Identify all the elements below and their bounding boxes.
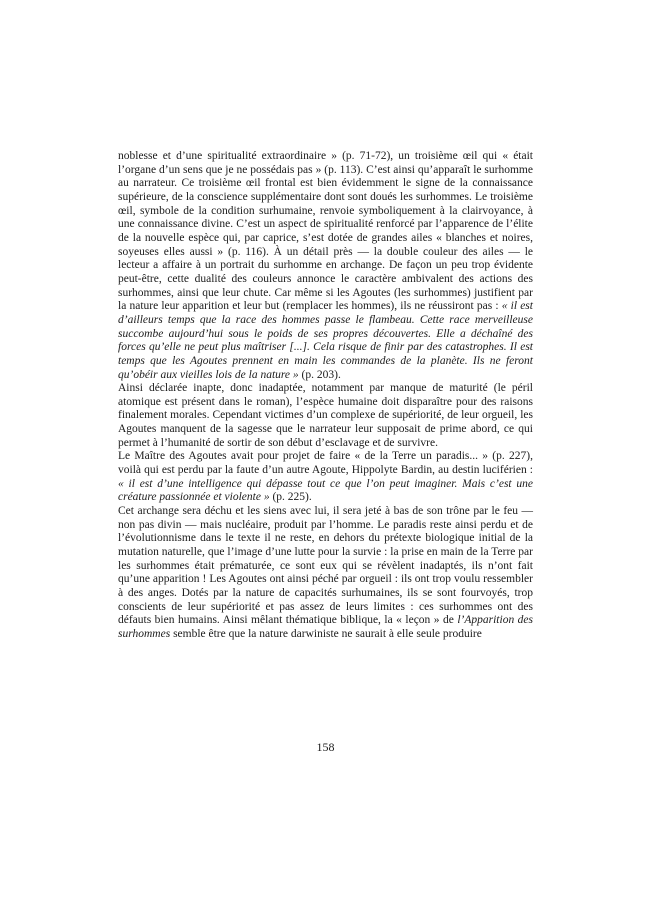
paragraph: Ainsi déclarée inapte, donc inadaptée, n…	[118, 382, 533, 450]
paragraph: Le Maître des Agoutes avait pour projet …	[118, 450, 533, 505]
body-text: (p. 203).	[302, 369, 341, 381]
body-text: noblesse et d’une spiritualité extraordi…	[118, 150, 533, 312]
quote-italic-text: « il est d’une intelligence qui dépasse …	[118, 478, 533, 504]
body-text: semble être que la nature darwiniste ne …	[170, 628, 482, 640]
body-text: Ainsi déclarée inapte, donc inadaptée, n…	[118, 382, 533, 449]
body-text: Le Maître des Agoutes avait pour projet …	[118, 450, 533, 476]
body-text: (p. 225).	[272, 491, 311, 503]
document-page: noblesse et d’une spiritualité extraordi…	[0, 0, 650, 920]
paragraph: noblesse et d’une spiritualité extraordi…	[118, 150, 533, 382]
page-number: 158	[118, 740, 533, 755]
page-text: noblesse et d’une spiritualité extraordi…	[118, 150, 533, 642]
body-text: Cet archange sera déchu et les siens ave…	[118, 505, 533, 626]
paragraph: Cet archange sera déchu et les siens ave…	[118, 505, 533, 642]
